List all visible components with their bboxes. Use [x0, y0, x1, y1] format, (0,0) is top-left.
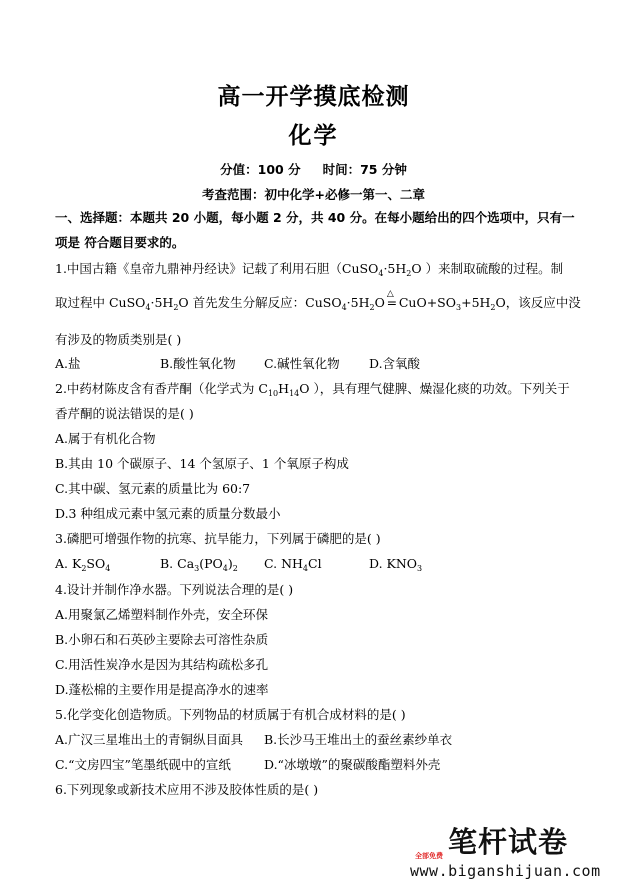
exam-title: 高一开学摸底检测 [0, 78, 627, 111]
question-1-stem-line1: 1.中国古籍《皇帝九鼎神丹经诀》记载了利用石胆（CuSO4·5H2O ）来制取硫… [55, 261, 563, 277]
question-3-option-a: A. K2SO4 [55, 556, 110, 572]
question-5-option-c: C.“文房四宝”笔墨纸砚中的宣纸 [55, 757, 231, 773]
heat-equals-sign: △= [385, 295, 399, 311]
question-5-option-d: D.“冰墩墩”的聚碳酸酯塑料外壳 [264, 757, 440, 773]
question-1-option-b: B.酸性氧化物 [160, 356, 236, 372]
question-3-option-c: C. NH4Cl [264, 556, 322, 572]
question-1-option-d: D.含氧酸 [369, 356, 420, 372]
question-1-option-c: C.碱性氧化物 [264, 356, 340, 372]
exam-meta: 分值：100 分时间：75 分钟 [0, 160, 627, 178]
question-2-option-c: C.其中碳、氢元素的质量比为 60:7 [55, 481, 250, 497]
question-4-stem: 4.设计并制作净水器。下列说法合理的是( ) [55, 582, 293, 598]
time-label: 时间：75 分钟 [323, 160, 407, 178]
question-2-option-a: A.属于有机化合物 [55, 431, 156, 447]
question-5-option-b: B.长沙马王堆出土的蚕丝素纱单衣 [264, 732, 452, 748]
question-4-option-a: A.用聚氯乙烯塑料制作外壳，安全环保 [55, 607, 268, 623]
question-2-option-b: B.其由 10 个碳原子、14 个氢原子、1 个氧原子构成 [55, 456, 349, 472]
question-6-stem: 6.下列现象或新技术应用不涉及胶体性质的是( ) [55, 782, 318, 798]
watermark-brand: 笔杆试卷 [448, 820, 568, 861]
question-4-option-b: B.小卵石和石英砂主要除去可溶性杂质 [55, 632, 268, 648]
question-2-stem-line2: 香芹酮的说法错误的是( ) [55, 406, 194, 422]
watermark-badge: 全部免费 [415, 851, 443, 861]
question-4-option-c: C.用活性炭净水是因为其结构疏松多孔 [55, 657, 268, 673]
question-2-option-d: D.3 种组成元素中氢元素的质量分数最小 [55, 506, 280, 522]
question-3-option-d: D. KNO3 [369, 556, 422, 572]
question-1-stem-line2: 取过程中 CuSO4·5H2O 首先发生分解反应：CuSO4·5H2O△=CuO… [55, 295, 581, 311]
question-1-stem-line3: 有涉及的物质类别是( ) [55, 332, 181, 348]
question-2-stem-line1: 2.中药材陈皮含有香芹酮（化学式为 C10H14O ），具有理气健脾、燥湿化痰的… [55, 381, 570, 397]
question-5-option-a: A.广汉三星堆出土的青铜纵目面具 [55, 732, 243, 748]
exam-scope: 考查范围：初中化学+必修一第一、二章 [0, 185, 627, 203]
question-5-stem: 5.化学变化创造物质。下列物品的材质属于有机合成材料的是( ) [55, 707, 406, 723]
subject-title: 化学 [0, 117, 627, 150]
question-1-option-a: A.盐 [55, 356, 81, 372]
score-label: 分值：100 分 [220, 160, 300, 178]
section-instructions-line1: 一、选择题：本题共 20 小题，每小题 2 分，共 40 分。在每小题给出的四个… [55, 210, 575, 226]
watermark-url[interactable]: www.biganshijuan.com [410, 862, 601, 880]
watermark-logo: 笔杆试卷 全部免费 www.biganshijuan.com [415, 820, 615, 884]
question-3-option-b: B. Ca3(PO4)2 [160, 556, 238, 572]
question-3-stem: 3.磷肥可增强作物的抗寒、抗旱能力，下列属于磷肥的是( ) [55, 531, 381, 547]
exam-page: 高一开学摸底检测 化学 分值：100 分时间：75 分钟 考查范围：初中化学+必… [0, 0, 627, 890]
question-4-option-d: D.蓬松棉的主要作用是提高净水的速率 [55, 682, 269, 698]
section-instructions-line2: 项是 符合题目要求的。 [55, 235, 184, 251]
